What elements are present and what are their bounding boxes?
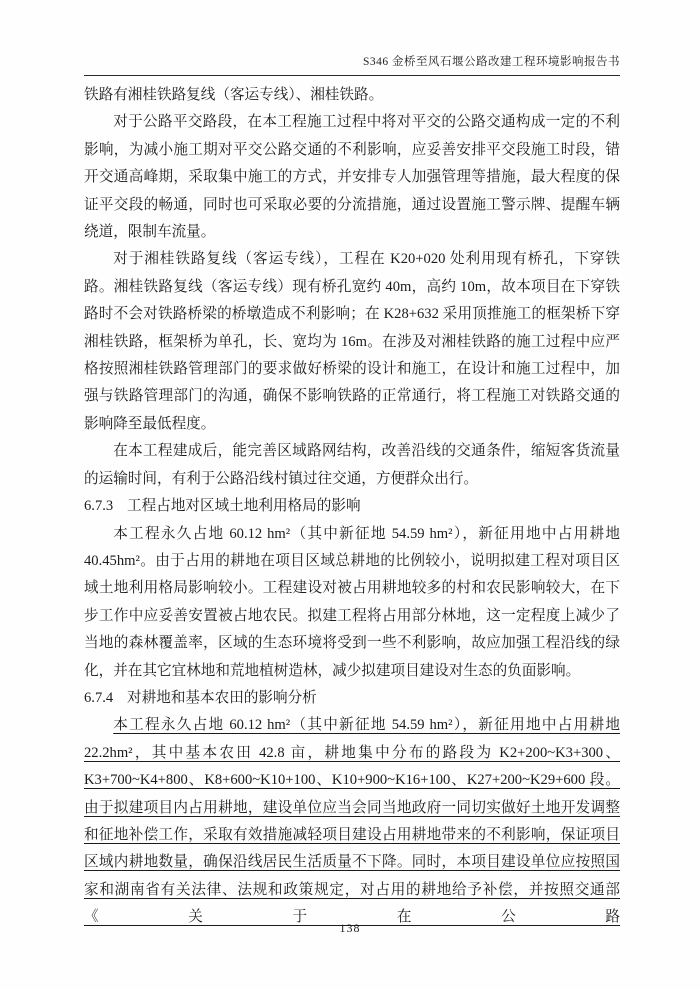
document-content: 铁路有湘桂铁路复线（客运专线）、湘桂铁路。 对于公路平交路段，在本工程施工过程中… xyxy=(84,82,620,932)
paragraph-farmland-impact: 本工程永久占地 60.12 hm²（其中新征地 54.59 hm²），新征用地中… xyxy=(84,712,620,931)
page-header: S346 金桥至风石堰公路改建工程环境影响报告书 xyxy=(84,54,620,76)
section-673-number: 6.7.3 xyxy=(84,498,113,514)
section-674-number: 6.7.4 xyxy=(84,690,113,706)
paragraph-after-completion: 在本工程建成后，能完善区域路网结构，改善沿线的交通条件，缩短客货流量的运输时间，… xyxy=(84,438,620,493)
page-footer: 138 xyxy=(0,921,700,936)
paragraph-railway-lines: 铁路有湘桂铁路复线（客运专线）、湘桂铁路。 xyxy=(84,82,620,109)
section-673-title: 工程占地对区域土地利用格局的影响 xyxy=(127,498,361,514)
document-page: S346 金桥至风石堰公路改建工程环境影响报告书 铁路有湘桂铁路复线（客运专线）… xyxy=(0,0,700,990)
paragraph-level-crossing: 对于公路平交路段，在本工程施工过程中将对平交的公路交通构成一定的不利影响，为减小… xyxy=(84,109,620,246)
section-674-title: 对耕地和基本农田的影响分析 xyxy=(127,690,317,706)
page-number: 138 xyxy=(340,921,361,935)
section-heading-674: 6.7.4对耕地和基本农田的影响分析 xyxy=(84,685,620,712)
paragraph-land-use-impact: 本工程永久占地 60.12 hm²（其中新征地 54.59 hm²），新征用地中… xyxy=(84,521,620,685)
report-title: S346 金桥至风石堰公路改建工程环境影响报告书 xyxy=(363,56,620,68)
paragraph-xianggui-railway: 对于湘桂铁路复线（客运专线），工程在 K20+020 处利用现有桥孔，下穿铁路。… xyxy=(84,246,620,438)
section-heading-673: 6.7.3工程占地对区域土地利用格局的影响 xyxy=(84,493,620,520)
